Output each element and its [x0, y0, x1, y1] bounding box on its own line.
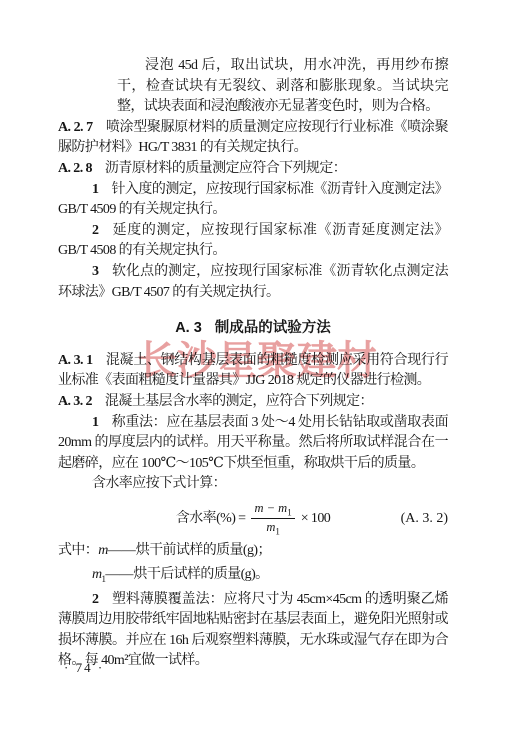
where-line-2: m1——烘干后试样的质量(g)。 [92, 565, 448, 589]
list-item-a32-1-text: 称重法：应在基层表面 3 处～4 处用长钻钻取或凿取表面 20mm 的厚度层内的… [58, 415, 448, 471]
list-item-a28-1-text: 针入度的测定，应按现行国家标准《沥青针入度测定法》GB/T 4509 的有关规定… [58, 182, 448, 218]
clause-a32-text: 混凝土基层含水率的测定，应符合下列规定： [105, 394, 373, 409]
clause-a31: A. 3. 1混凝土、钢结构基层表面的粗糙度检测应采用符合现行行业标准《表面粗糙… [58, 351, 448, 392]
clause-a32-number: A. 3. 2 [58, 394, 92, 409]
clause-a28: A. 2. 8沥青原材料的质量测定应符合下列规定： [58, 159, 448, 180]
document-page-body: 浸泡 45d 后，取出试块，用水冲洗，再用纱布擦干，检查试块有无裂纹、剥落和膨胀… [58, 56, 448, 672]
clause-a32: A. 3. 2混凝土基层含水率的测定，应符合下列规定： [58, 392, 448, 413]
where-desc-2: 烘干后试样的质量(g)。 [133, 567, 268, 582]
where-line-1: 式中：m——烘干前试样的质量(g)； [58, 541, 448, 565]
list-item-a32-2-number: 2 [92, 592, 98, 607]
clause-a28-number: A. 2. 8 [58, 161, 92, 176]
formula-numerator: m − m1 [251, 501, 294, 520]
list-item-a28-2: 2延度的测定，应按现行国家标准《沥青延度测定法》GB/T 4508 的有关规定执… [58, 221, 448, 262]
clause-a27: A. 2. 7喷涂型聚脲原材料的质量测定应按现行行业标准《喷涂聚脲防护材料》HG… [58, 118, 448, 159]
formula-rhs: × 100 [301, 509, 330, 530]
formula-equation-number: (A. 3. 2) [401, 509, 448, 530]
section-heading-a3: A. 3制成品的试验方法 [58, 318, 448, 339]
clause-a27-text: 喷涂型聚脲原材料的质量测定应按现行行业标准《喷涂聚脲防护材料》HG/T 3831… [58, 120, 448, 156]
where-desc-1: 烘干前试样的质量(g)； [136, 543, 271, 558]
section-heading-a3-title: 制成品的试验方法 [215, 320, 331, 336]
paragraph-continuation: 浸泡 45d 后，取出试块，用水冲洗，再用纱布擦干，检查试块有无裂纹、剥落和膨胀… [117, 56, 448, 118]
page-number: · 74 · [64, 660, 104, 676]
list-item-a28-3-number: 3 [92, 264, 98, 279]
section-heading-a3-number: A. 3 [175, 320, 202, 336]
where-label: 式中： [58, 543, 98, 558]
list-item-a32-2: 2塑料薄膜覆盖法：应将尺寸为 45cm×45cm 的透明聚乙烯薄膜周边用胶带纸牢… [58, 590, 448, 672]
list-item-a28-2-text: 延度的测定，应按现行国家标准《沥青延度测定法》GB/T 4508 的有关规定执行… [58, 223, 448, 259]
clause-a27-number: A. 2. 7 [58, 120, 93, 135]
clause-a31-text: 混凝土、钢结构基层表面的粗糙度检测应采用符合现行行业标准《表面粗糙度计量器具》J… [58, 353, 448, 389]
formula-lhs: 含水率(%) = [176, 509, 246, 530]
where-dash-1: —— [108, 543, 136, 558]
list-item-a32-1-number: 1 [92, 415, 98, 430]
where-symbol-m1: m [92, 567, 102, 582]
formula-intro: 含水率应按下式计算： [58, 474, 448, 495]
clause-a28-text: 沥青原材料的质量测定应符合下列规定： [105, 161, 346, 176]
list-item-a32-2-text: 塑料薄膜覆盖法：应将尺寸为 45cm×45cm 的透明聚乙烯薄膜周边用胶带纸牢固… [58, 592, 448, 669]
list-item-a28-3-text: 软化点的测定，应按现行国家标准《沥青软化点测定法 环球法》GB/T 4507 的… [58, 264, 461, 300]
list-item-a28-1: 1针入度的测定，应按现行国家标准《沥青针入度测定法》GB/T 4509 的有关规… [58, 180, 448, 221]
formula-fraction: m − m1 m1 [251, 501, 294, 538]
formula-a32: 含水率(%) = m − m1 m1 × 100 (A. 3. 2) [58, 502, 448, 536]
formula-denominator: m1 [266, 519, 280, 537]
where-dash-2: —— [105, 567, 133, 582]
list-item-a28-3: 3软化点的测定，应按现行国家标准《沥青软化点测定法 环球法》GB/T 4507 … [58, 262, 448, 303]
where-symbol-m: m [98, 543, 108, 558]
list-item-a32-1: 1称重法：应在基层表面 3 处～4 处用长钻钻取或凿取表面 20mm 的厚度层内… [58, 413, 448, 475]
clause-a31-number: A. 3. 1 [58, 353, 93, 368]
list-item-a28-1-number: 1 [92, 182, 98, 197]
list-item-a28-2-number: 2 [92, 223, 98, 238]
